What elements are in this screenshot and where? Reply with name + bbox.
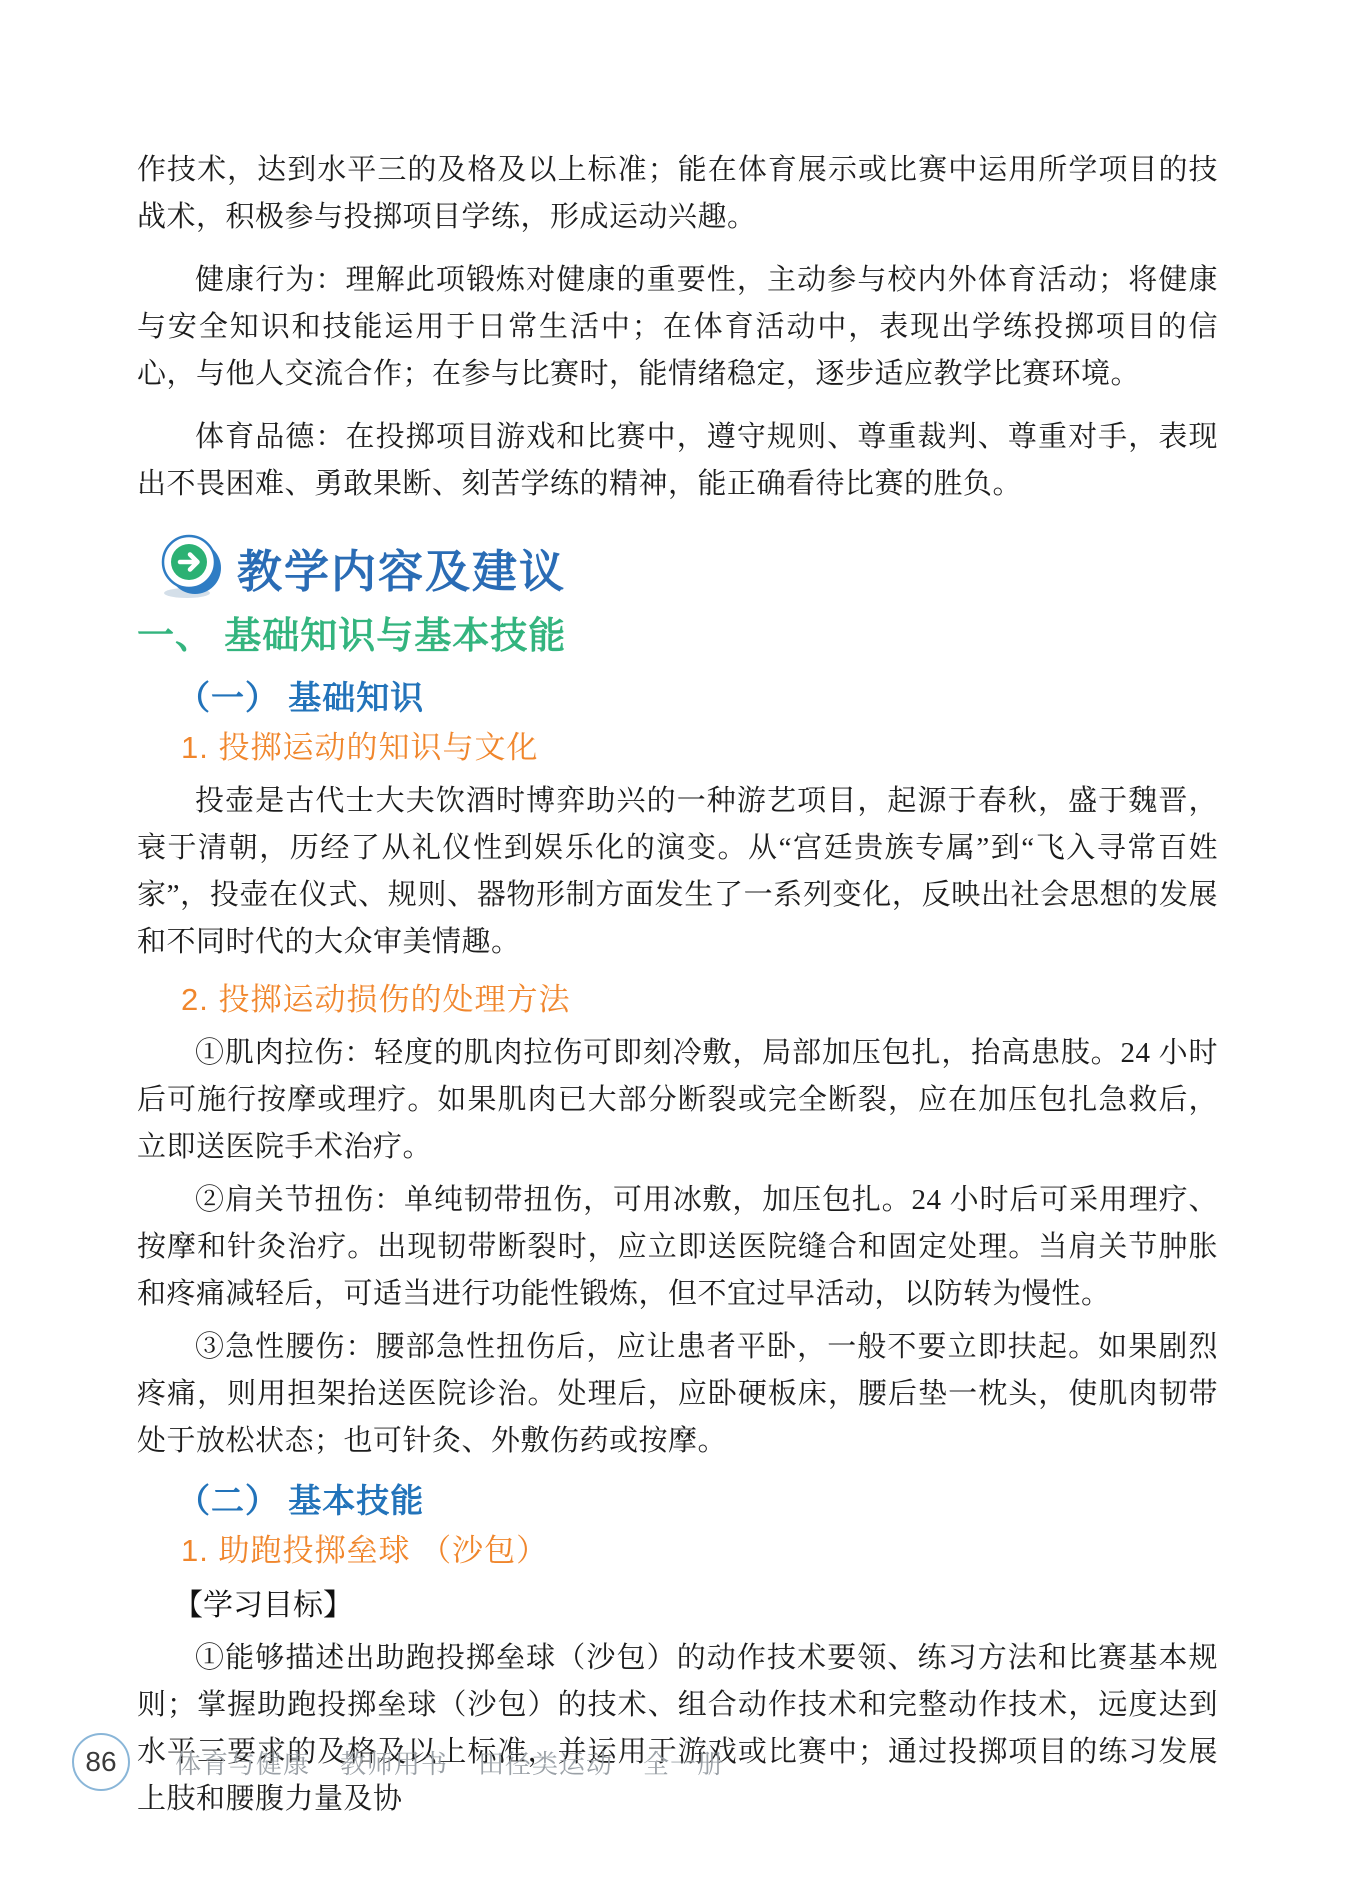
paragraph-sports-morality: 体育品德：在投掷项目游戏和比赛中，遵守规则、尊重裁判、尊重对手，表现出不畏困难、… — [137, 414, 1218, 508]
paragraph-shoulder-sprain: ②肩关节扭伤：单纯韧带扭伤，可用冰敷，加压包扎。24 小时后可采用理疗、按摩和针… — [137, 1177, 1218, 1318]
footer-volume: 全一册 — [643, 1744, 724, 1781]
section-title: 教学内容及建议 — [237, 535, 566, 600]
paragraph-acute-lumbar-injury: ③急性腰伤：腰部急性扭伤后，应让患者平卧，一般不要立即扶起。如果剧烈疼痛，则用担… — [137, 1324, 1218, 1465]
item-injury-treatment: 2. 投掷运动损伤的处理方法 — [181, 980, 1218, 1020]
footer-book-type: 教师用书 — [340, 1744, 448, 1781]
arrow-right-circle-icon — [161, 534, 223, 600]
page-content: 作技术，达到水平三的及格及以上标准；能在体育展示或比赛中运用所学项目的技战术，积… — [137, 147, 1218, 1823]
item-throwing-knowledge-culture: 1. 投掷运动的知识与文化 — [181, 728, 1218, 768]
page-number-badge: 86 — [72, 1733, 130, 1791]
subheading-basic-knowledge: （一） 基础知识 — [177, 678, 1218, 720]
page-number: 86 — [85, 1746, 116, 1778]
item-runup-softball-throw: 1. 助跑投掷垒球 （沙包） — [181, 1531, 1218, 1571]
paragraph-learning-goal-1: ①能够描述出助跑投掷垒球（沙包）的动作技术要领、练习方法和比赛基本规则；掌握助跑… — [137, 1635, 1218, 1823]
footer-series-title: 体育与健康 — [175, 1744, 310, 1781]
subheading-basic-skills: （二） 基本技能 — [177, 1481, 1218, 1523]
paragraph-health-behavior: 健康行为：理解此项锻炼对健康的重要性，主动参与校内外体育活动；将健康与安全知识和… — [137, 257, 1218, 398]
page-footer: 86 体育与健康 教师用书 田径类运动 全一册 — [0, 1733, 1353, 1793]
paragraph-muscle-strain: ①肌肉拉伤：轻度的肌肉拉伤可即刻冷敷，局部加压包扎，抬高患肢。24 小时后可施行… — [137, 1030, 1218, 1171]
section-header: 教学内容及建议 — [137, 534, 1218, 600]
paragraph-touhu-history: 投壶是古代士大夫饮酒时博弈助兴的一种游艺项目，起源于春秋，盛于魏晋，衰于清朝，历… — [137, 778, 1218, 966]
label-learning-goals: 【学习目标】 — [173, 1585, 1218, 1627]
book-title-footer: 体育与健康 教师用书 田径类运动 全一册 — [175, 1733, 754, 1791]
footer-subject: 田径类运动 — [478, 1744, 613, 1781]
heading-basic-knowledge-and-skills: 一、 基础知识与基本技能 — [137, 612, 1218, 660]
textbook-page: 作技术，达到水平三的及格及以上标准；能在体育展示或比赛中运用所学项目的技战术，积… — [0, 0, 1353, 1884]
paragraph-continuation: 作技术，达到水平三的及格及以上标准；能在体育展示或比赛中运用所学项目的技战术，积… — [137, 147, 1218, 241]
